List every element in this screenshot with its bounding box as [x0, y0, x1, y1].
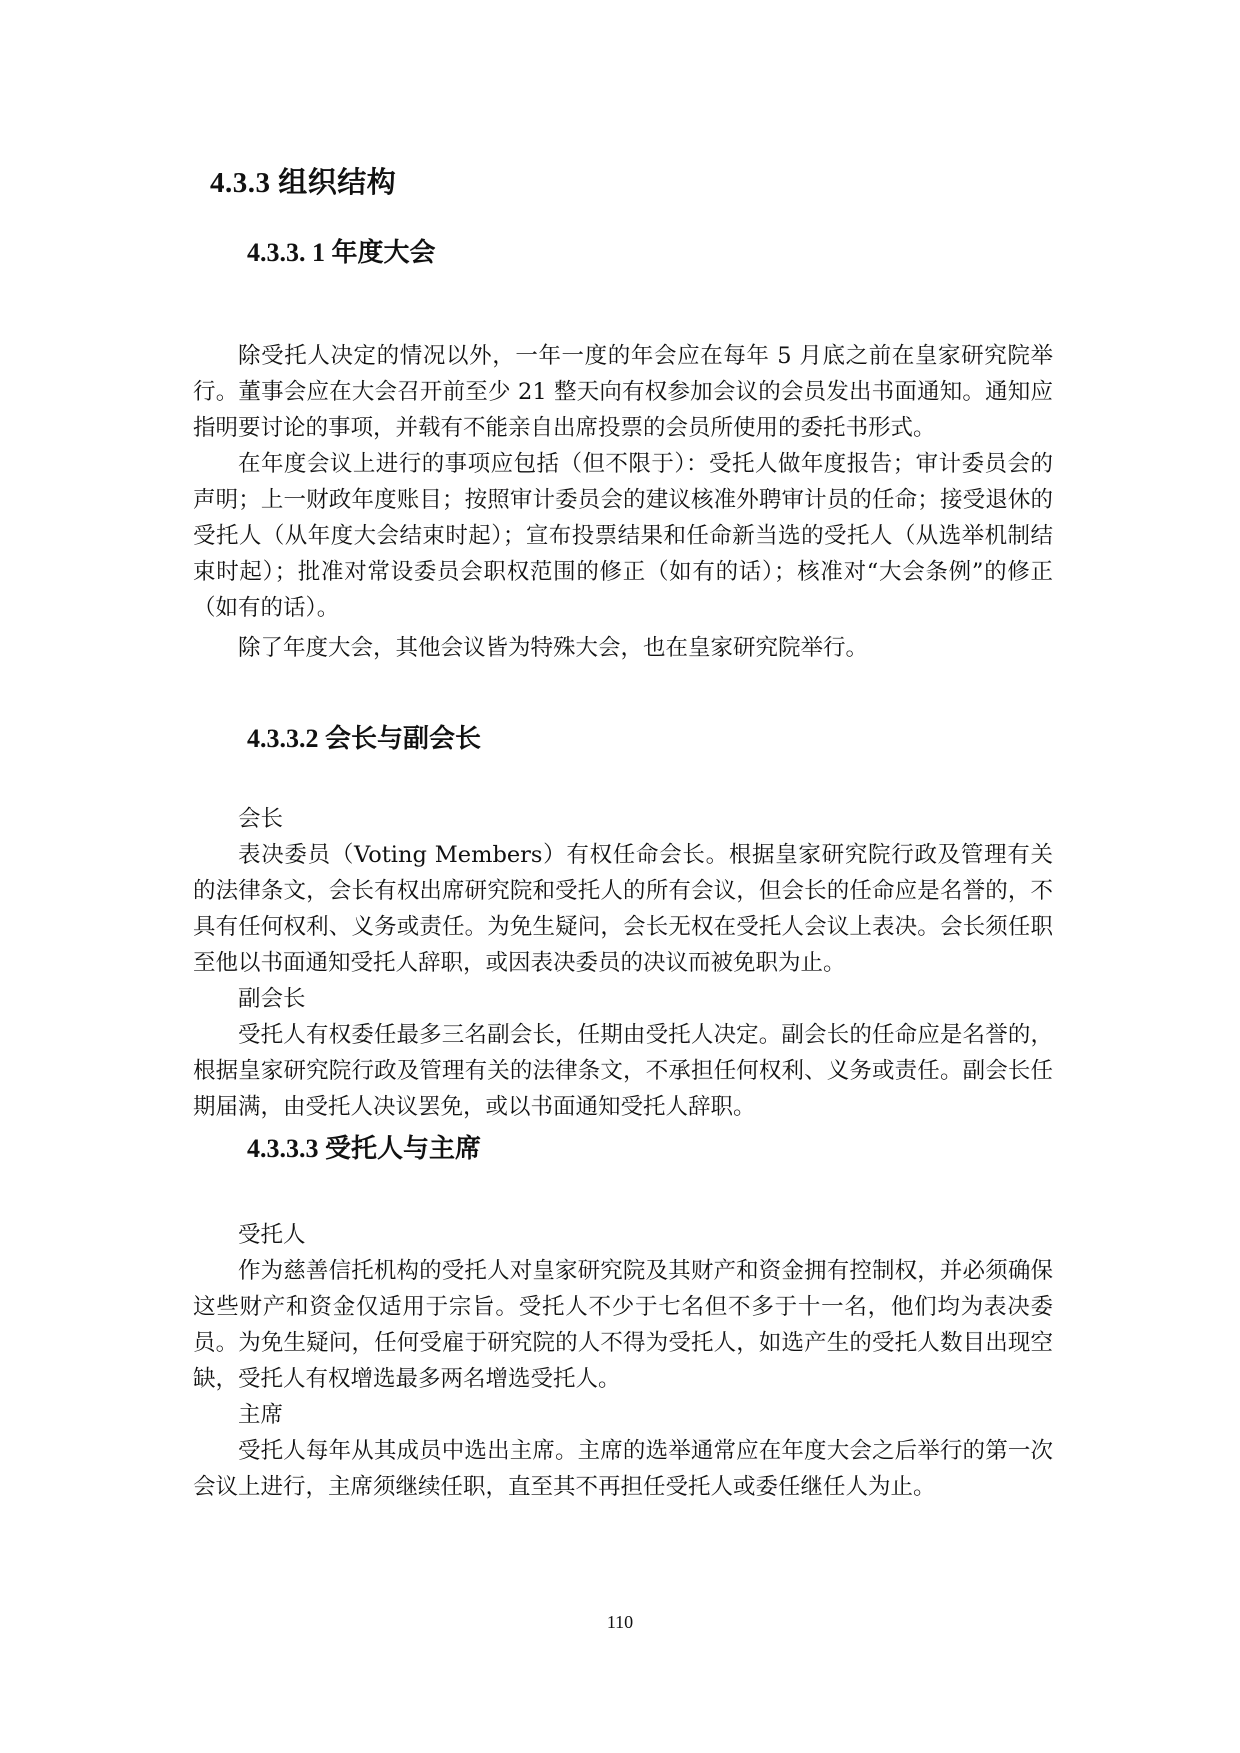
paragraph: 除受托人决定的情况以外，一年一度的年会应在每年 5 月底之前在皇家研究院举行。董…	[193, 338, 1053, 446]
paragraph-label: 会长	[193, 801, 1053, 837]
paragraph: 作为慈善信托机构的受托人对皇家研究院及其财产和资金拥有控制权，并必须确保这些财产…	[193, 1253, 1053, 1397]
annual-meeting-body: 除受托人决定的情况以外，一年一度的年会应在每年 5 月底之前在皇家研究院举行。董…	[193, 338, 1053, 666]
paragraph-label: 副会长	[193, 981, 1053, 1017]
president-body: 会长 表决委员（Voting Members）有权任命会长。根据皇家研究院行政及…	[193, 801, 1053, 1125]
subsection-heading-annual-meeting: 4.3.3. 1 年度大会	[247, 232, 436, 269]
paragraph-label: 受托人	[193, 1217, 1053, 1253]
paragraph: 受托人每年从其成员中选出主席。主席的选举通常应在年度大会之后举行的第一次会议上进…	[193, 1433, 1053, 1505]
trustees-body: 受托人 作为慈善信托机构的受托人对皇家研究院及其财产和资金拥有控制权，并必须确保…	[193, 1217, 1053, 1505]
paragraph: 除了年度大会，其他会议皆为特殊大会，也在皇家研究院举行。	[193, 630, 1053, 666]
section-heading: 4.3.3 组织结构	[210, 160, 396, 201]
paragraph-label: 主席	[193, 1397, 1053, 1433]
subsection-heading-president: 4.3.3.2 会长与副会长	[247, 718, 481, 755]
paragraph: 表决委员（Voting Members）有权任命会长。根据皇家研究院行政及管理有…	[193, 837, 1053, 981]
paragraph: 在年度会议上进行的事项应包括（但不限于）：受托人做年度报告；审计委员会的声明；上…	[193, 446, 1053, 626]
document-page: 4.3.3 组织结构 4.3.3. 1 年度大会 除受托人决定的情况以外，一年一…	[0, 0, 1240, 1753]
paragraph: 受托人有权委任最多三名副会长，任期由受托人决定。副会长的任命应是名誉的，根据皇家…	[193, 1017, 1053, 1125]
subsection-heading-trustees: 4.3.3.3 受托人与主席	[247, 1128, 481, 1165]
page-number: 110	[0, 1612, 1240, 1633]
